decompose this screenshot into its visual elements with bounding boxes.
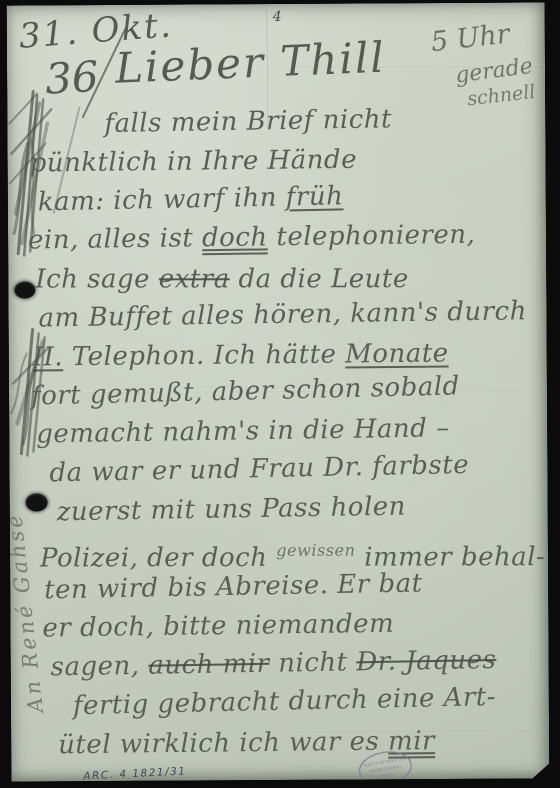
handwriting-segment: Ich sage [35,265,159,296]
handwriting-segment: da war er und Frau Dr. farbste [49,450,469,489]
handwriting-segment: II. [33,342,64,373]
body-lines: falls mein Brief nichtpünktlich in Ihre … [7,102,549,765]
handwriting-segment: ten wird bis Abreise. Er bat [44,568,423,606]
handwriting-segment: telephonieren, [267,220,475,254]
handwriting-line: ütel wirklich ich war es mir [58,721,549,765]
handwriting-segment: kam: ich warf ihn [38,182,287,218]
handwriting-segment: fort gemußt, aber schon sobald [31,371,460,412]
handwriting-segment: pünktlich in Ihre Hände [29,145,357,180]
scan-background: 4 31. Okt. 36 Lieber Thill 5 Uhr gerade … [0,0,560,788]
greeting: Lieber Thill [114,33,387,93]
handwriting-line: zuerst mit uns Pass holen [56,485,548,532]
handwriting-segment: gemacht nahm's in die Hand – [36,414,450,451]
handwriting-segment: früh [285,181,343,213]
handwriting-segment: doch [202,223,268,255]
handwriting-segment: nicht [269,647,356,679]
handwriting-segment: ütel wirklich ich war es [58,726,388,761]
handwriting-segment: Telephon. Ich hätte [63,339,345,373]
handwriting-line: falls mein Brief nicht [104,98,546,144]
handwriting-line: ein, alles ist doch telephonieren, [28,215,546,261]
archive-number: ARC. 4 1821/31 [83,765,187,782]
handwriting-segment: sagen, [50,651,148,684]
corner-note-time: 5 Uhr [429,19,511,59]
handwriting-segment: extra [159,264,230,295]
handwriting-segment: am Buffet alles hören, kann's durch [38,296,527,334]
handwriting-segment: da die Leute [230,264,409,295]
handwriting-segment: falls mein Brief nicht [104,104,392,140]
handwriting-line: am Buffet alles hören, kann's durch [38,292,547,338]
handwriting-segment: er doch, bitte niemandem [42,609,394,645]
handwriting-segment: gewissen [276,540,355,560]
page-number: 4 [273,9,282,25]
handwriting-segment: Dr. Jaques [356,645,496,678]
handwriting-segment: auch mir [148,649,270,682]
handwriting-segment: fertig gebracht durch eine Art- [73,682,497,722]
handwriting-segment: zuerst mit uns Pass holen [56,492,406,529]
handwriting-segment: ein, alles ist [28,224,202,257]
letter-page: 4 31. Okt. 36 Lieber Thill 5 Uhr gerade … [7,2,550,781]
handwriting-segment: Monate [345,338,449,370]
stamp-text-line3: ירושלים [378,772,395,781]
